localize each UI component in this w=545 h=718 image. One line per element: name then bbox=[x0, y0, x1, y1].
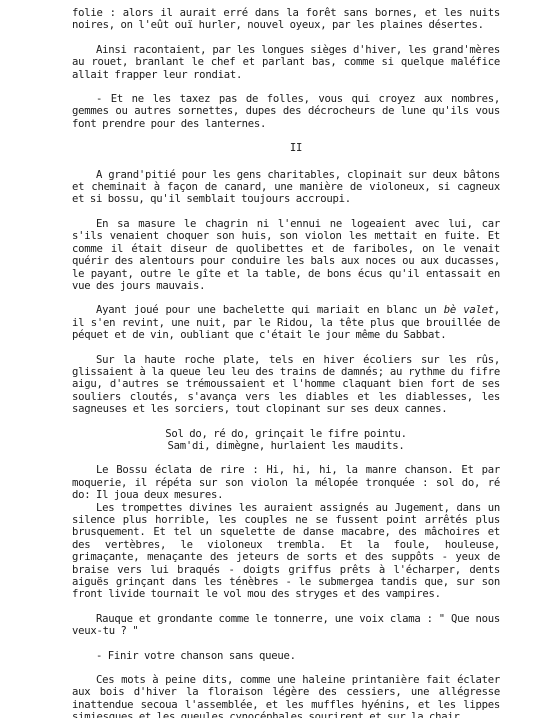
verse-line: Sol do, ré do, grinçait le fifre pointu. bbox=[72, 428, 500, 440]
paragraph-en-sa-masure: En sa masure le chagrin ni l'ennui ne lo… bbox=[72, 218, 500, 292]
italic-phrase: bè valet bbox=[444, 304, 494, 316]
paragraph-folie: folie : alors il aurait erré dans la for… bbox=[72, 7, 500, 32]
document-page: folie : alors il aurait erré dans la for… bbox=[72, 7, 500, 718]
paragraph-les-trompettes: Les trompettes divines les auraient assi… bbox=[72, 502, 500, 601]
paragraph-ainsi-racontaient: Ainsi racontaient, par les longues siège… bbox=[72, 44, 500, 81]
verse-line: Sam'di, dimègne, hurlaient les maudits. bbox=[72, 440, 500, 452]
paragraph-sur-la-haute-roche: Sur la haute roche plate, tels en hiver … bbox=[72, 354, 500, 416]
paragraph-et-ne-les-taxez: - Et ne les taxez pas de folles, vous qu… bbox=[72, 93, 500, 130]
paragraph-finir-votre-chanson: - Finir votre chanson sans queue. bbox=[72, 650, 500, 662]
paragraph-rauque-et-grondante: Rauque et grondante comme le tonnerre, u… bbox=[72, 613, 500, 638]
paragraph-le-bossu-eclata: Le Bossu éclata de rire : Hi, hi, hi, la… bbox=[72, 464, 500, 501]
paragraph-a-grand-pitie: A grand'pitié pour les gens charitables,… bbox=[72, 169, 500, 206]
paragraph-ayant-joue: Ayant joué pour une bachelette qui maria… bbox=[72, 304, 500, 341]
text-before-italic: Ayant joué pour une bachelette qui maria… bbox=[96, 304, 444, 316]
section-heading-numeral: II bbox=[72, 142, 500, 154]
verse-block: Sol do, ré do, grinçait le fifre pointu.… bbox=[72, 428, 500, 453]
paragraph-ces-mots: Ces mots à peine dits, comme une haleine… bbox=[72, 674, 500, 718]
